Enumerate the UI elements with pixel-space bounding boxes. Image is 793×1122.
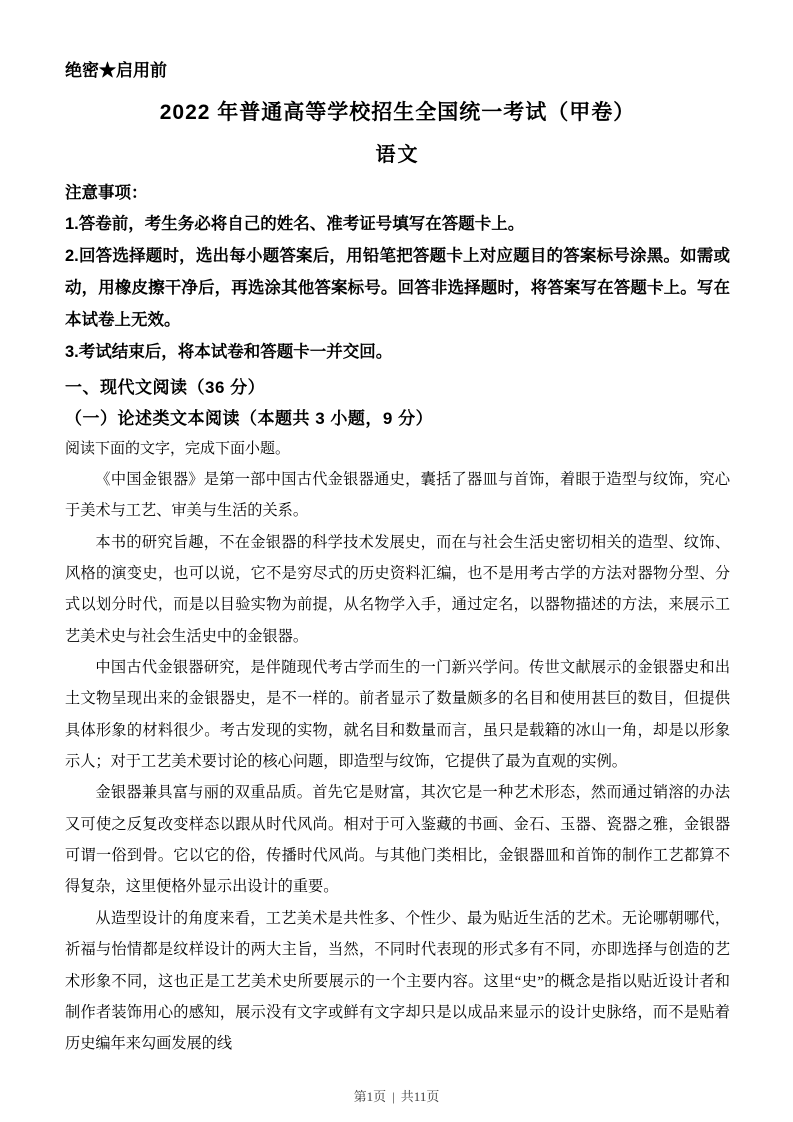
subsection-heading-argumentative-reading: （一）论述类文本阅读（本题共 3 小题，9 分）	[65, 404, 730, 434]
reading-instruction: 阅读下面的文字，完成下面小题。	[65, 434, 730, 464]
exam-paper-page: 绝密★启用前 2022 年普通高等学校招生全国统一考试（甲卷） 语文 注意事项：…	[0, 0, 793, 1122]
notice-item-1: 1.答卷前，考生务必将自己的姓名、准考证号填写在答题卡上。	[65, 208, 730, 240]
page-content: 绝密★启用前 2022 年普通高等学校招生全国统一考试（甲卷） 语文 注意事项：…	[0, 0, 793, 1060]
passage-paragraph-3: 中国古代金银器研究，是伴随现代考古学而生的一门新兴学问。传世文献展示的金银器史和…	[65, 652, 730, 777]
passage-paragraph-1: 《中国金银器》是第一部中国古代金银器通史，囊括了器皿与首饰，着眼于造型与纹饰，究…	[65, 464, 730, 527]
notice-item-2: 2.回答选择题时，选出每小题答案后，用铅笔把答题卡上对应题目的答案标号涂黑。如需…	[65, 240, 730, 336]
notice-item-3: 3.考试结束后，将本试卷和答题卡一并交回。	[65, 336, 730, 368]
footer-separator: |	[389, 1089, 398, 1104]
page-footer: 第1页|共11页	[0, 1088, 793, 1106]
reading-passage: 《中国金银器》是第一部中国古代金银器通史，囊括了器皿与首饰，着眼于造型与纹饰，究…	[65, 464, 730, 1060]
passage-paragraph-5: 从造型设计的角度来看，工艺美术是共性多、个性少、最为贴近生活的艺术。无论哪朝哪代…	[65, 903, 730, 1060]
notice-heading: 注意事项：	[65, 182, 730, 204]
passage-paragraph-4: 金银器兼具富与丽的双重品质。首先它是财富，其次它是一种艺术形态，然而通过销溶的办…	[65, 777, 730, 902]
subject-title: 语文	[65, 142, 730, 168]
classification-label: 绝密★启用前	[65, 60, 730, 82]
page-count: 共11页	[398, 1089, 443, 1104]
section-heading-modern-reading: 一、现代文阅读（36 分）	[65, 372, 730, 404]
passage-paragraph-2: 本书的研究旨趣，不在金银器的科学技术发展史，而在与社会生活史密切相关的造型、纹饰…	[65, 527, 730, 652]
exam-title: 2022 年普通高等学校招生全国统一考试（甲卷）	[65, 99, 730, 127]
page-number: 第1页	[351, 1089, 390, 1104]
